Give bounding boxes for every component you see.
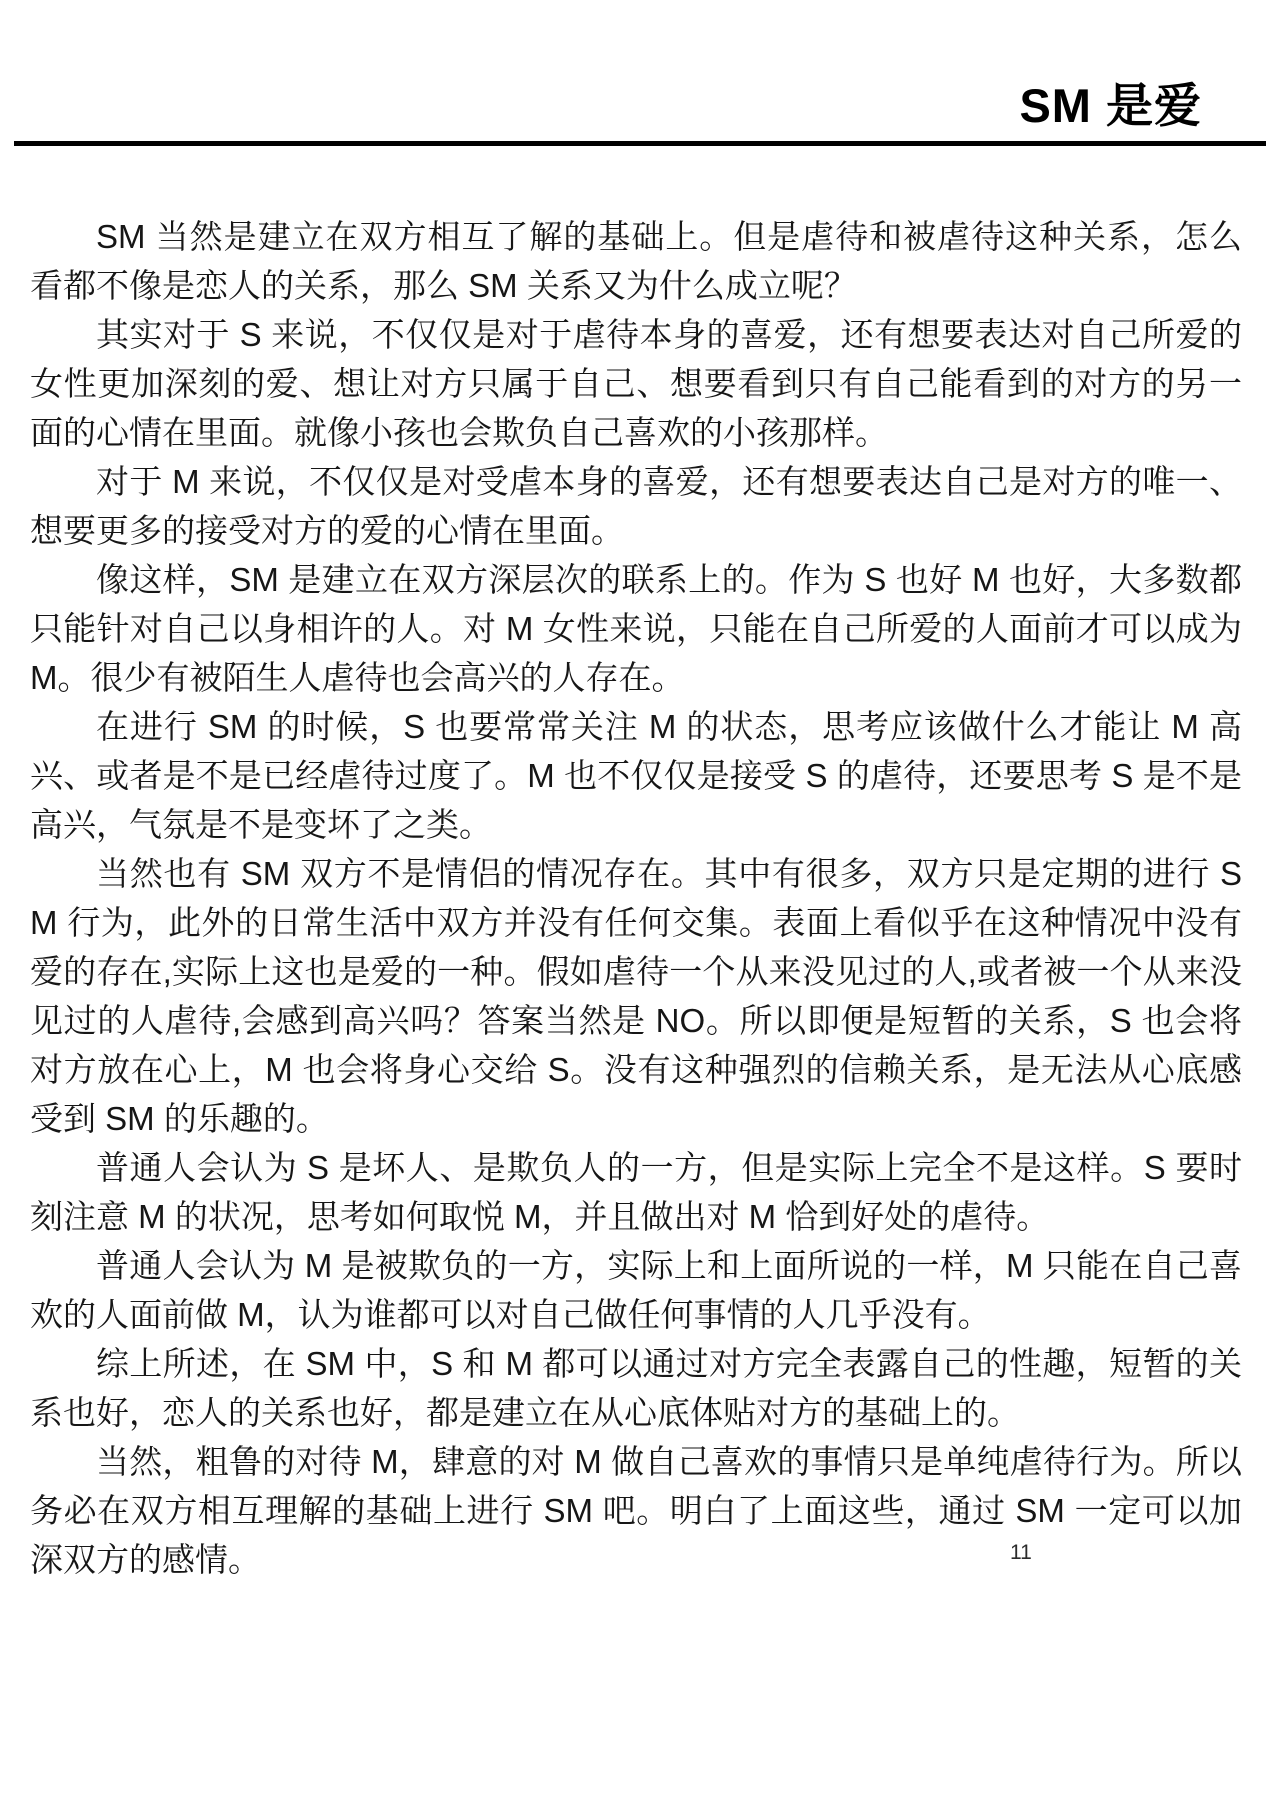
paragraph: 当然也有 SM 双方不是情侣的情况存在。其中有很多，双方只是定期的进行 SM 行… bbox=[30, 849, 1242, 1143]
document-body: SM 当然是建立在双方相互了解的基础上。但是虐待和被虐待这种关系，怎么看都不像是… bbox=[30, 212, 1242, 1584]
paragraph: 像这样，SM 是建立在双方深层次的联系上的。作为 S 也好 M 也好，大多数都只… bbox=[30, 555, 1242, 702]
paragraph: 对于 M 来说，不仅仅是对受虐本身的喜爱，还有想要表达自己是对方的唯一、想要更多… bbox=[30, 457, 1242, 555]
paragraph: SM 当然是建立在双方相互了解的基础上。但是虐待和被虐待这种关系，怎么看都不像是… bbox=[30, 212, 1242, 310]
paragraph: 普通人会认为 S 是坏人、是欺负人的一方，但是实际上完全不是这样。S 要时刻注意… bbox=[30, 1143, 1242, 1241]
paragraph: 其实对于 S 来说，不仅仅是对于虐待本身的喜爱，还有想要表达对自己所爱的女性更加… bbox=[30, 310, 1242, 457]
paragraph: 普通人会认为 M 是被欺负的一方，实际上和上面所说的一样，M 只能在自己喜欢的人… bbox=[30, 1241, 1242, 1339]
paragraph: 综上所述，在 SM 中，S 和 M 都可以通过对方完全表露自己的性趣，短暂的关系… bbox=[30, 1339, 1242, 1437]
document-page: SM 是爱 SM 当然是建立在双方相互了解的基础上。但是虐待和被虐待这种关系，怎… bbox=[0, 0, 1280, 1818]
page-number: 11 bbox=[1010, 1541, 1032, 1565]
paragraph: 当然，粗鲁的对待 M，肆意的对 M 做自己喜欢的事情只是单纯虐待行为。所以务必在… bbox=[30, 1437, 1242, 1584]
paragraph: 在进行 SM 的时候，S 也要常常关注 M 的状态，思考应该做什么才能让 M 高… bbox=[30, 702, 1242, 849]
page-title: SM 是爱 bbox=[30, 80, 1202, 132]
header-rule-divider bbox=[14, 141, 1266, 146]
